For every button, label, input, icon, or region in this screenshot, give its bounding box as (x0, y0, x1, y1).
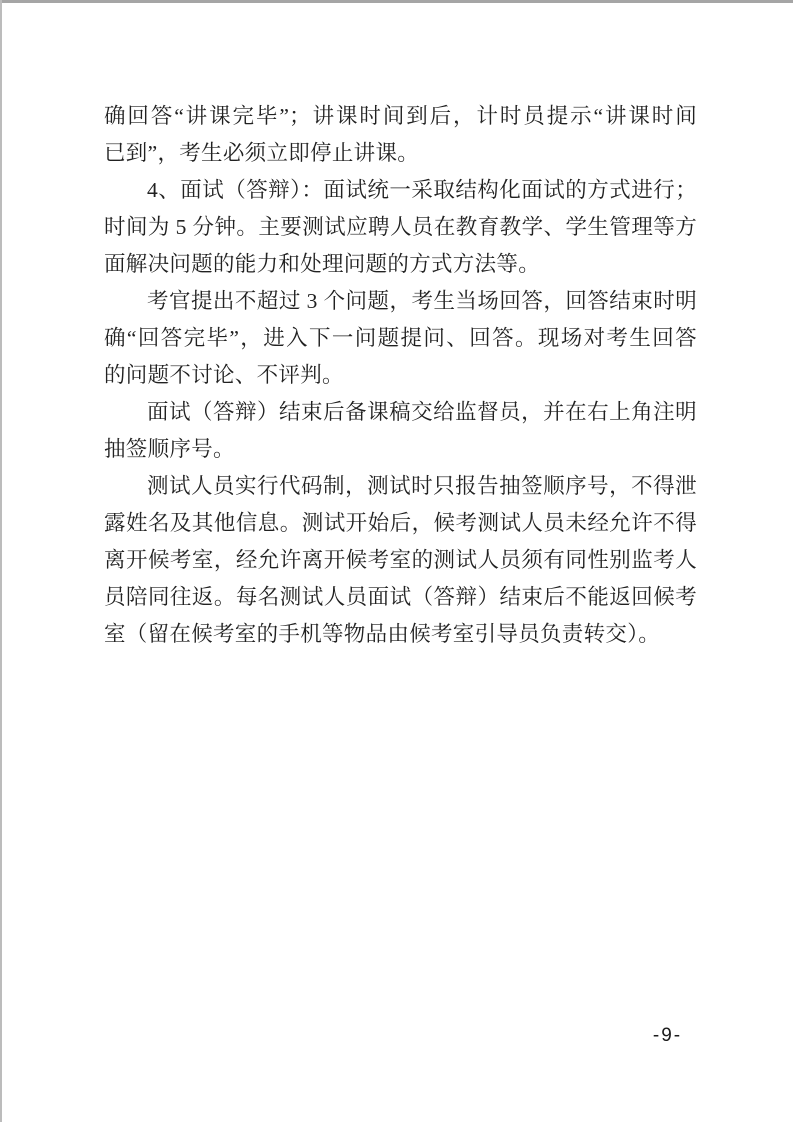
text-line: 已到”，考生必须立即停止讲课。 (104, 135, 697, 172)
text-line: 确回答“讲课完毕”；讲课时间到后，计时员提示“讲课时间 (104, 98, 697, 135)
document-page: 确回答“讲课完毕”；讲课时间到后，计时员提示“讲课时间 已到”，考生必须立即停止… (0, 0, 793, 1122)
document-body-text: 确回答“讲课完毕”；讲课时间到后，计时员提示“讲课时间 已到”，考生必须立即停止… (104, 98, 697, 653)
text-line: 确“回答完毕”，进入下一问题提问、回答。现场对考生回答 (104, 320, 697, 357)
page-left-border (0, 0, 2, 1122)
text-line: 测试人员实行代码制，测试时只报告抽签顺序号，不得泄 (104, 468, 697, 505)
page-number: -9- (630, 1024, 705, 1048)
text-line: 时间为 5 分钟。主要测试应聘人员在教育教学、学生管理等方 (104, 209, 697, 246)
text-line: 离开候考室，经允许离开候考室的测试人员须有同性别监考人 (104, 542, 697, 579)
text-line: 抽签顺序号。 (104, 431, 697, 468)
page-top-border (0, 0, 793, 3)
text-line: 4、面试（答辩）：面试统一采取结构化面试的方式进行； (104, 172, 697, 209)
paragraph: 确回答“讲课完毕”；讲课时间到后，计时员提示“讲课时间 已到”，考生必须立即停止… (104, 98, 697, 172)
text-line: 室（留在候考室的手机等物品由候考室引导员负责转交）。 (104, 616, 697, 653)
text-line: 露姓名及其他信息。测试开始后，候考测试人员未经允许不得 (104, 505, 697, 542)
paragraph: 4、面试（答辩）：面试统一采取结构化面试的方式进行； 时间为 5 分钟。主要测试… (104, 172, 697, 283)
text-line: 考官提出不超过 3 个问题，考生当场回答，回答结束时明 (104, 283, 697, 320)
text-line: 员陪同往返。每名测试人员面试（答辩）结束后不能返回候考 (104, 579, 697, 616)
paragraph: 考官提出不超过 3 个问题，考生当场回答，回答结束时明 确“回答完毕”，进入下一… (104, 283, 697, 394)
paragraph: 面试（答辩）结束后备课稿交给监督员，并在右上角注明 抽签顺序号。 (104, 394, 697, 468)
text-line: 的问题不讨论、不评判。 (104, 357, 697, 394)
paragraph: 测试人员实行代码制，测试时只报告抽签顺序号，不得泄 露姓名及其他信息。测试开始后… (104, 468, 697, 653)
text-line: 面解决问题的能力和处理问题的方式方法等。 (104, 246, 697, 283)
text-line: 面试（答辩）结束后备课稿交给监督员，并在右上角注明 (104, 394, 697, 431)
